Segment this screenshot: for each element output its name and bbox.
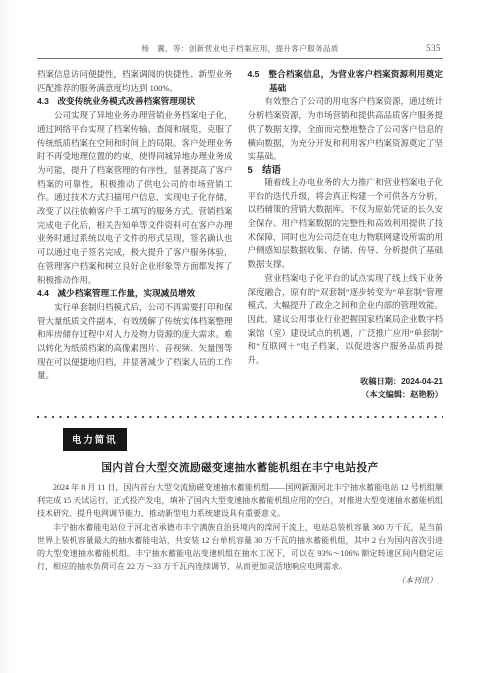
news-paragraph-2: 丰宁抽水蓄能电站位于河北省承德市丰宁满族自治县境内的滦河干流上，电站总装机容量 … [37, 521, 443, 574]
section-4-4-paragraph: 实行单套制归档模式后，公司不再需要打印和保管大量纸质文件副本，有效缓解了传统实体… [37, 301, 233, 383]
news-section: 电力简讯 国内首台大型交流励磁变速抽水蓄能机组在丰宁电站投产 2024 年 8 … [37, 428, 443, 586]
section-heading-4-5: 4.5 整合档案信息，为营业客户档案资源利用奠定基础 [248, 68, 444, 95]
received-date: 收稿日期：2024-04-21 [248, 375, 444, 389]
conclusion-paragraph-2: 营业档案电子化平台的试点实现了线上线下业务深度融合，原有的“双套制”逐步转变为“… [248, 272, 444, 368]
journal-page: 杨 翼，等：创新营业电子档案应用，提升客户服务品质 535 档案信息访问便捷性，… [0, 0, 480, 673]
news-title: 国内首台大型交流励磁变速抽水蓄能机组在丰宁电站投产 [37, 460, 443, 475]
left-column: 档案信息访问便捷性，档案调阅的快捷性、新型业务匹配推荐的服务满意度均达到 100… [37, 68, 233, 404]
header-rule [37, 58, 443, 59]
section-heading-4-4: 4.4 减少档案管理工作量，实现减员增效 [37, 287, 233, 301]
section-4-3-paragraph: 公司实现了异地业务办理营销业务档案电子化，通过网络平台实现了档案传输、查阅和展览… [37, 109, 233, 287]
section-heading-5-conclusion: 5 结语 [248, 164, 444, 176]
conclusion-paragraph-1: 随着线上办电业务的大力推广和营业档案电子化平台的迭代升级，将会真正构建一个可供各… [248, 176, 444, 272]
page-header: 杨 翼，等：创新营业电子档案应用，提升客户服务品质 535 [37, 43, 443, 54]
dotted-divider [37, 416, 443, 418]
article-columns: 档案信息访问便捷性，档案调阅的快捷性、新型业务匹配推荐的服务满意度均达到 100… [37, 68, 443, 404]
continuation-paragraph: 档案信息访问便捷性，档案调阅的快捷性、新型业务匹配推荐的服务满意度均达到 100… [37, 68, 233, 95]
news-byline: （本刊讯） [37, 575, 437, 586]
section-heading-4-3: 4.3 改变传统业务模式改善档案管理现状 [37, 95, 233, 109]
running-title: 杨 翼，等：创新营业电子档案应用，提升客户服务品质 [141, 44, 338, 53]
right-column: 4.5 整合档案信息，为营业客户档案资源利用奠定基础 有效整合了公司的用电客户档… [248, 68, 444, 404]
news-paragraph-1: 2024 年 8 月 11 日，国内首台大型交流励磁变速抽水蓄能机组——国网新源… [37, 481, 443, 521]
editor-note: （本文编辑：赵艳粉） [248, 388, 444, 402]
page-number: 535 [426, 43, 441, 54]
news-badge: 电力简讯 [63, 428, 127, 451]
section-4-5-paragraph: 有效整合了公司的用电客户档案资源，通过统计分析档案资源，为市场营销和提供高品质客… [248, 95, 444, 164]
